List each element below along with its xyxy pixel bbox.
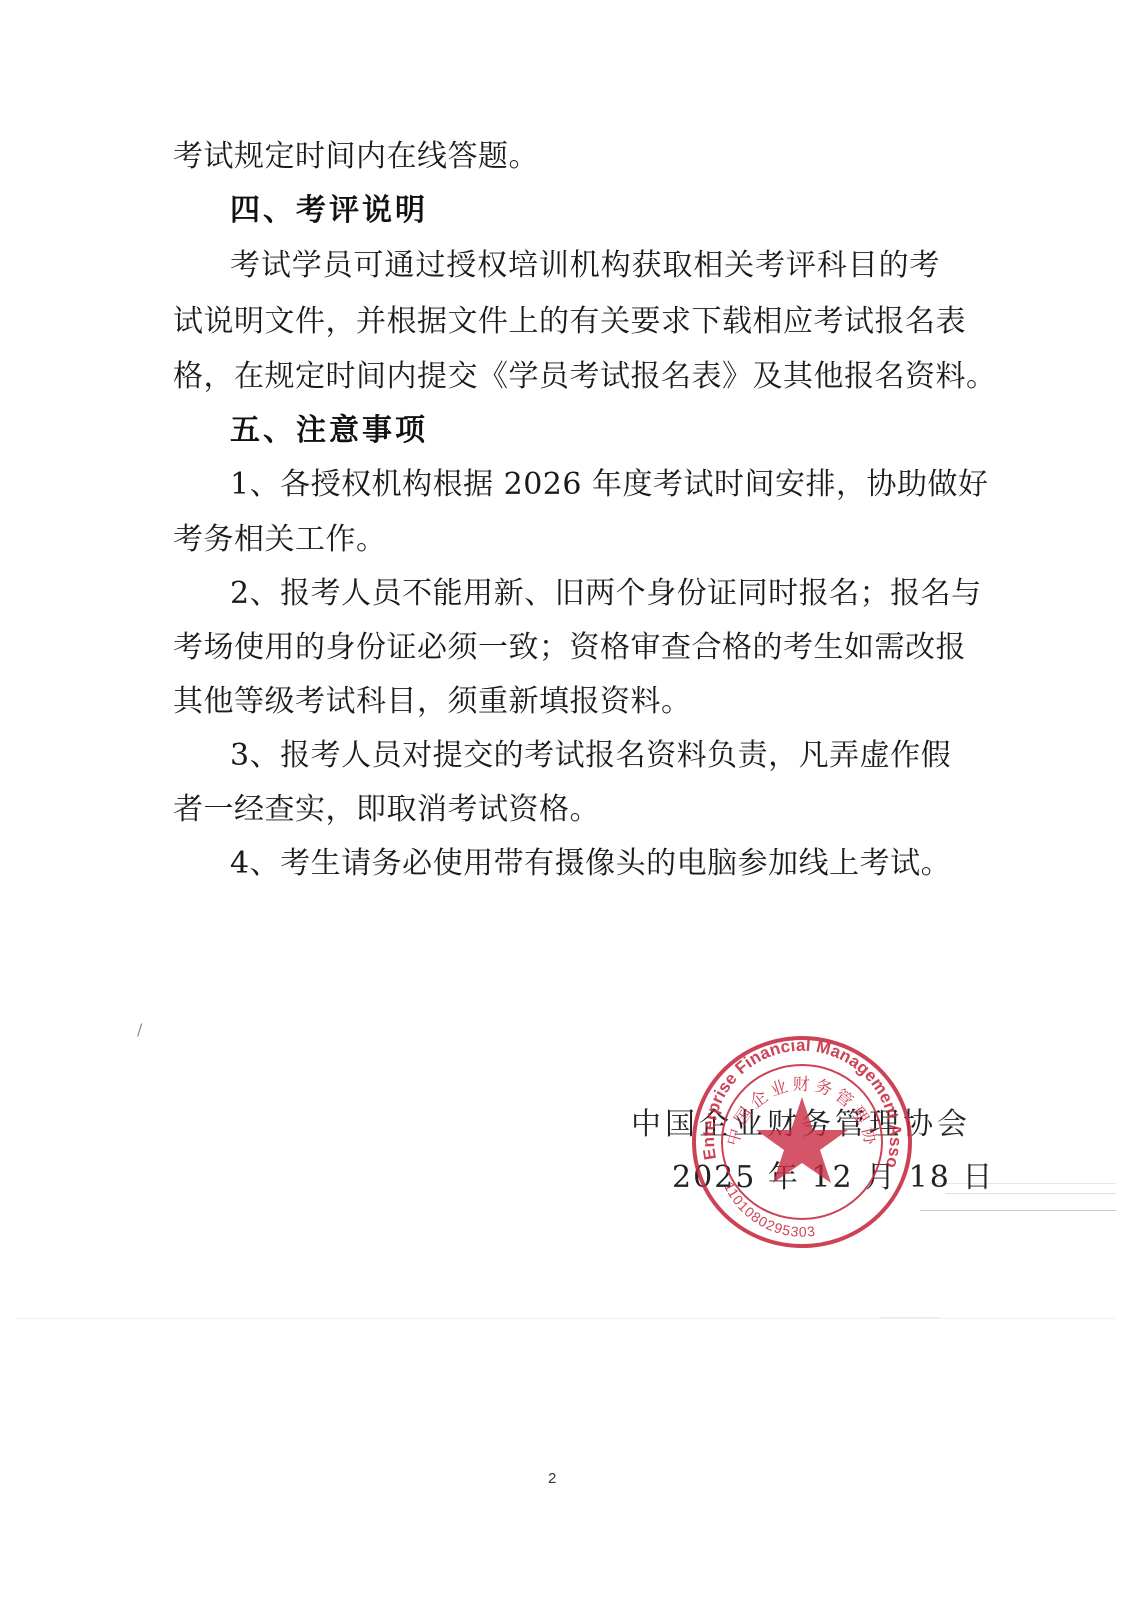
scan-mark: /	[137, 1020, 142, 1039]
scan-line	[920, 1210, 1116, 1211]
note-item-2: 2、报考人员不能用新、旧两个身份证同时报名；报名与	[230, 567, 940, 621]
svg-text:1101080295303: 1101080295303	[721, 1180, 817, 1240]
note-item-4: 4、考生请务必使用带有摄像头的电脑参加线上考试。	[230, 837, 940, 891]
official-seal-stamp: Enterprise Financial Management Associat…	[690, 1035, 915, 1250]
page-number: 2	[548, 1470, 556, 1487]
section-heading-notes: 五、注意事项	[230, 404, 428, 458]
note-item-1: 1、各授权机构根据 2026 年度考试时间安排，协助做好	[230, 458, 940, 512]
body-line: 其他等级考试科目，须重新填报资料。	[173, 675, 940, 729]
body-line: 考务相关工作。	[173, 513, 940, 567]
document-page: 考试规定时间内在线答题。 四、考评说明 考试学员可通过授权培训机构获取相关考评科…	[0, 0, 1131, 1600]
body-line: 者一经查实，即取消考试资格。	[173, 783, 940, 837]
body-line: 考场使用的身份证必须一致；资格审查合格的考生如需改报	[173, 621, 940, 675]
body-line: 试说明文件，并根据文件上的有关要求下载相应考试报名表	[173, 295, 940, 349]
body-line: 考试规定时间内在线答题。	[173, 130, 940, 184]
body-line: 格，在规定时间内提交《学员考试报名表》及其他报名资料。	[173, 350, 940, 404]
section-heading-evaluation: 四、考评说明	[230, 184, 428, 238]
scan-line	[15, 1318, 1115, 1319]
body-line: 考试学员可通过授权培训机构获取相关考评科目的考	[230, 239, 940, 293]
note-item-3: 3、报考人员对提交的考试报名资料负责，凡弄虚作假	[230, 729, 940, 783]
